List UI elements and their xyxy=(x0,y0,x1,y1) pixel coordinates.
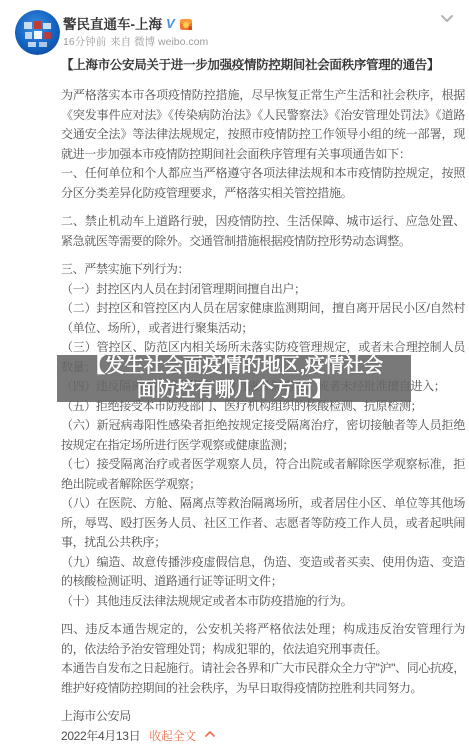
post-body: 为严格落实本市各项疫情防控措施，尽早恢复正常生产生活和社会秩序，根据《突发事件应… xyxy=(61,86,465,746)
chevron-down-icon[interactable] xyxy=(438,10,456,28)
overlay-line1: 【发生社会面疫情的地区,疫情社会 xyxy=(57,355,411,379)
post-date: 2022年4月13日 xyxy=(61,729,140,743)
medal-badge-icon xyxy=(179,17,193,31)
paragraphs: 为严格落实本市各项疫情防控措施，尽早恢复正常生产生活和社会秩序，根据《突发事件应… xyxy=(61,86,465,727)
caption-overlay-banner: 【发生社会面疫情的地区,疫情社会 面防控有哪几个方面】 xyxy=(57,355,411,402)
post-source[interactable]: 来自 微博 weibo.com xyxy=(110,36,208,48)
post-paragraph: （一）封控区内人员在封闭管理期间擅自出户； xyxy=(61,280,465,300)
post-paragraph: 一、任何单位和个人都应当严格遵守各项法律法规和本市疫情防控规定，按照分区分类差异… xyxy=(61,164,465,203)
weibo-post: 警民直通车-上海 V 16分钟前来自 微博 weibo.com 【上海市公安局关… xyxy=(0,0,469,752)
post-paragraph: 三、严禁实施下列行为： xyxy=(61,260,465,280)
post-paragraph: 本通告自发布之日起施行。请社会各界和广大市民群众全力守"沪"、同心抗疫，维护好疫… xyxy=(61,659,465,698)
collapse-full-text-link[interactable]: 收起全文 xyxy=(149,729,196,743)
post-paragraph: 二、禁止机动车上道路行驶，因疫情防控、生活保障、城市运行、应急处置、紧急就医等需… xyxy=(61,212,465,251)
post-paragraph: 四、违反本通告规定的，公安机关将严格依法处理；构成违反治安管理行为的，依法给予治… xyxy=(61,620,465,659)
post-paragraph: （二）封控区和管控区内人员在居家健康监测期间，擅自离开居民小区/自然村（单位、场… xyxy=(61,299,465,338)
chevron-up-icon[interactable] xyxy=(204,726,216,746)
user-name-row: 警民直通车-上海 V xyxy=(63,13,193,33)
post-time: 16分钟前 xyxy=(63,36,106,48)
police-logo-avatar xyxy=(15,10,60,55)
post-paragraph: （九）编造、故意传播涉疫虚假信息，伪造、变造或者买卖、使用伪造、变造的核酸检测证… xyxy=(61,553,465,592)
post-paragraph: （七）接受隔离治疗或者医学观察人员，符合出院或者解除医学观察标准，拒绝出院或者解… xyxy=(61,455,465,494)
date-row: 2022年4月13日 收起全文 xyxy=(61,727,465,747)
verified-v-icon: V xyxy=(166,16,175,31)
post-paragraph: （八）在医院、方舱、隔离点等救治隔离场所，或者居住小区、单位等其他场所，辱骂、殴… xyxy=(61,494,465,553)
post-paragraph: （十）其他违反法律法规规定或者本市防疫措施的行为。 xyxy=(61,592,465,612)
post-title: 【上海市公安局关于进一步加强疫情防控期间社会面秩序管理的通告】 xyxy=(61,55,463,75)
user-name[interactable]: 警民直通车-上海 xyxy=(63,13,162,33)
post-meta: 16分钟前来自 微博 weibo.com xyxy=(63,34,212,49)
avatar[interactable] xyxy=(15,10,60,55)
post-paragraph: （六）新冠病毒阳性感染者拒绝按规定接受隔离治疗，密切接触者等人员拒绝按规定在指定… xyxy=(61,416,465,455)
post-paragraph: 上海市公安局 xyxy=(61,707,465,727)
overlay-line2: 面防控有哪几个方面】 xyxy=(57,379,411,403)
post-paragraph: 为严格落实本市各项疫情防控措施，尽早恢复正常生产生活和社会秩序，根据《突发事件应… xyxy=(61,86,465,164)
